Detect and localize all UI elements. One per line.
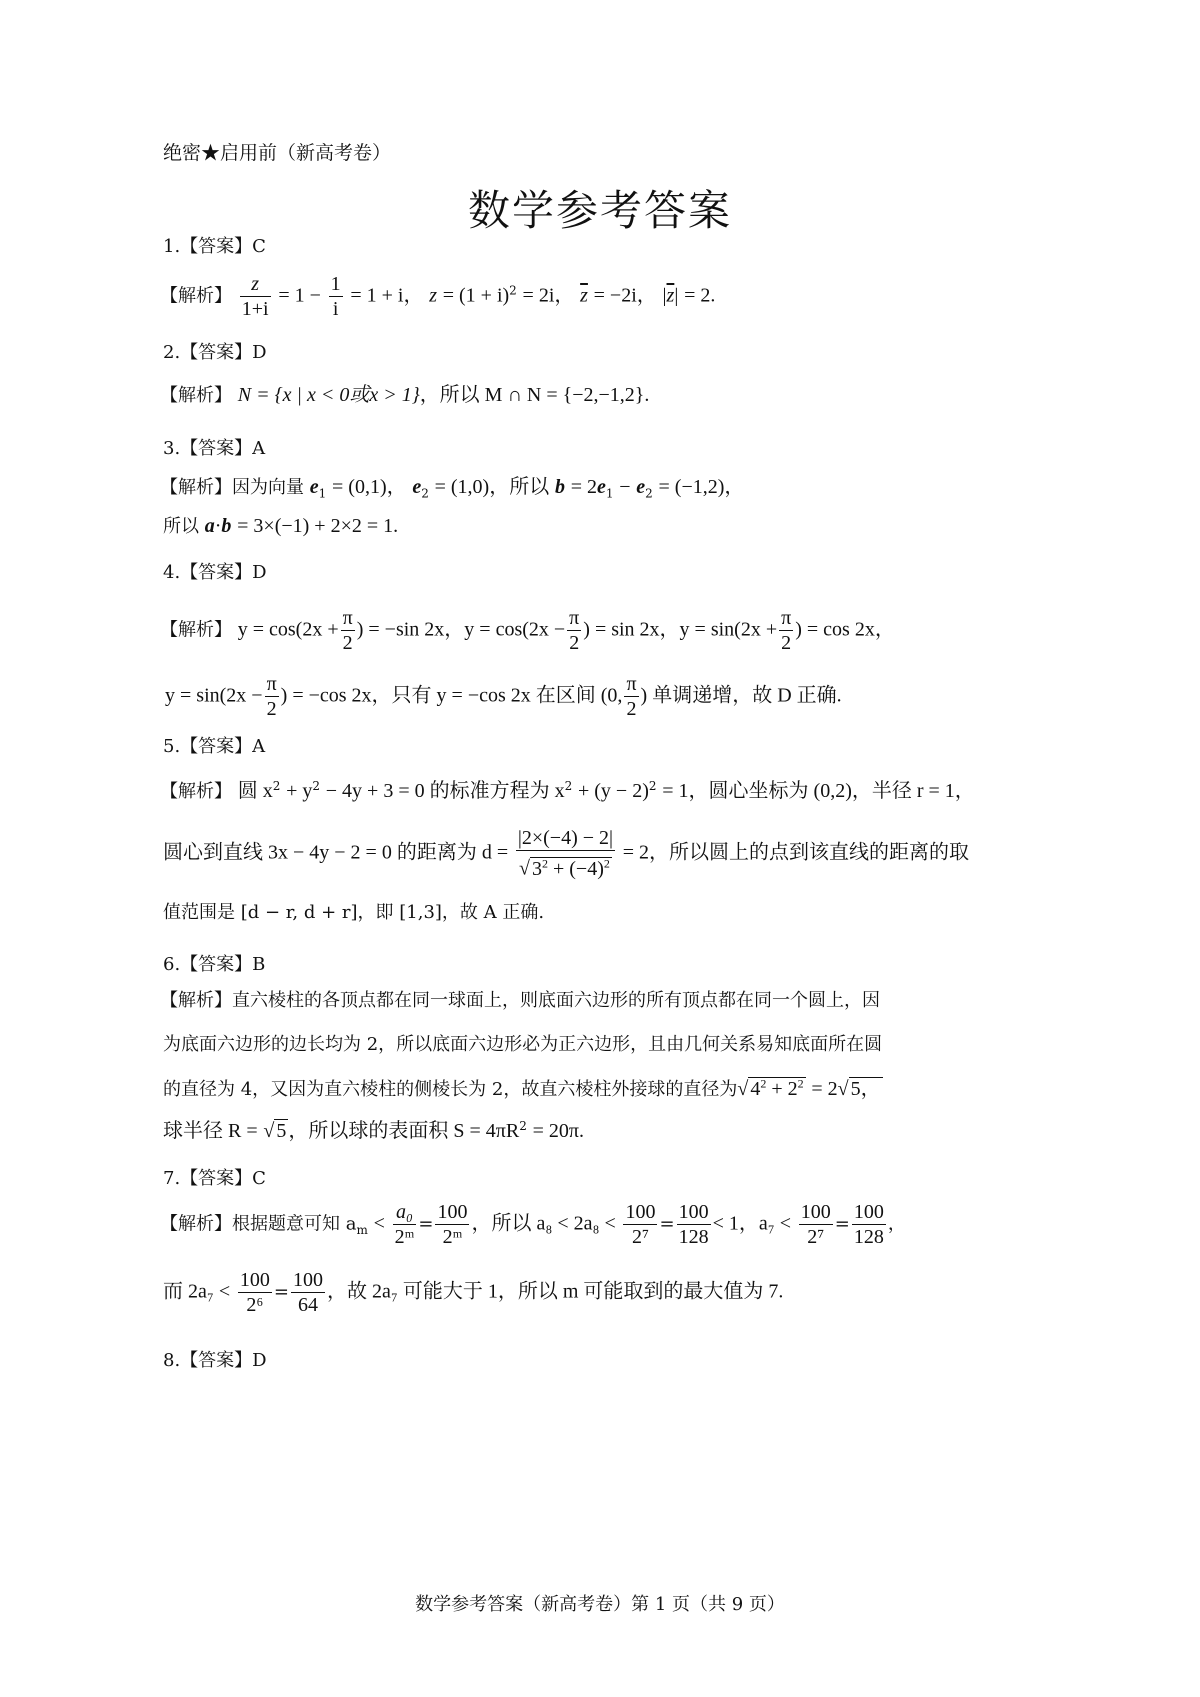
q1-analysis: 【解析】 z1+i = 1 − 1i = 1 + i， z = (1 + i)2… [160, 272, 715, 321]
analysis-prefix: 【解析】 [160, 286, 232, 307]
q7-analysis-line2: 而 2a₇ < 1002⁶=10064，故 2a₇ 可能大于 1，所以 m 可能… [163, 1268, 783, 1317]
confidential-label: 绝密★启用前（新高考卷） [163, 138, 391, 165]
q5-analysis-line2: 圆心到直线 3x − 4y − 2 = 0 的距离为 d = |2×(−4) −… [163, 826, 969, 881]
q2-answer: 2.【答案】D [163, 338, 267, 364]
page-title: 数学参考答案 [0, 178, 1200, 238]
q6-analysis-line4: 球半径 R = √5，所以球的表面积 S = 4πR2 = 20π. [163, 1114, 584, 1143]
q4-analysis-line1: 【解析】 y = cos(2x +π2) = −sin 2x，y = cos(2… [160, 606, 895, 655]
q3-answer: 3.【答案】A [163, 434, 265, 460]
q5-answer: 5.【答案】A [163, 732, 265, 758]
q6-answer: 6.【答案】B [163, 950, 265, 976]
q5-analysis-line3: 值范围是 [d − r, d + r]，即 [1,3]，故 A 正确. [163, 898, 544, 924]
q1-answer: 1.【答案】C [163, 232, 266, 258]
q2-analysis: 【解析】 N = {x | x < 0或x > 1}，所以 M ∩ N = {−… [160, 378, 649, 407]
q6-analysis-line2: 为底面六边形的边长均为 2，所以底面六边形必为正六边形，且由几何关系易知底面所在… [163, 1030, 882, 1056]
q3-analysis-line2: 所以 a·b = 3×(−1) + 2×2 = 1. [163, 512, 398, 538]
q6-analysis-line3: 的直径为 4，又因为直六棱柱的侧棱长为 2，故直六棱柱外接球的直径为√42 + … [163, 1072, 883, 1101]
q6-analysis-line1: 【解析】直六棱柱的各顶点都在同一球面上，则底面六边形的所有顶点都在同一个圆上，因 [160, 986, 880, 1012]
q8-answer: 8.【答案】D [163, 1346, 267, 1372]
q7-answer: 7.【答案】C [163, 1164, 266, 1190]
q5-analysis-line1: 【解析】 圆 x2 + y2 − 4y + 3 = 0 的标准方程为 x2 + … [160, 774, 975, 803]
page-footer: 数学参考答案（新高考卷）第 1 页（共 9 页） [0, 1590, 1200, 1616]
q4-analysis-line2: y = sin(2x −π2) = −cos 2x，只有 y = −cos 2x… [165, 672, 842, 721]
q3-analysis-line1: 【解析】因为向量 e1 = (0,1)， e2 = (1,0)，所以 b = 2… [160, 470, 744, 501]
q4-answer: 4.【答案】D [163, 558, 267, 584]
q7-analysis-line1: 【解析】根据题意可知 am < a₀2ᵐ=1002ᵐ，所以 a₈ < 2a₈ <… [160, 1200, 906, 1249]
